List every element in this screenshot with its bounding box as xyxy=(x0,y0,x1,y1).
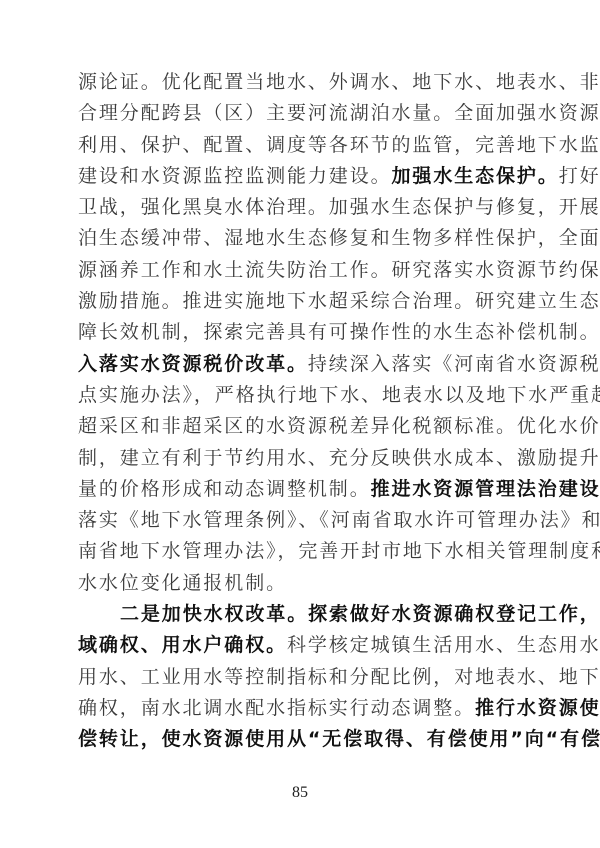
text-line: 落实《地下水管理条例》、《河南省取水许可管理办法》和《河 xyxy=(78,505,524,536)
document-body: 源论证。优化配置当地水、外调水、地下水、地表水、非常规水，合理分配跨县（区）主要… xyxy=(78,67,524,756)
page-number: 85 xyxy=(0,784,600,802)
body-text: 合理分配跨县（区）主要河流湖泊水量。全面加强水资源开发、 xyxy=(78,102,600,124)
text-line: 入落实水资源税价改革。持续深入落实《河南省水资源税改革试 xyxy=(78,349,524,380)
text-line: 源涵养工作和水土流失防治工作。研究落实水资源节约保护奖补 xyxy=(78,255,524,286)
text-line: 泊生态缓冲带、湿地水生态修复和生物多样性保护，全面加强水 xyxy=(78,223,524,254)
body-text: 泊生态缓冲带、湿地水生态修复和生物多样性保护，全面加强水 xyxy=(78,227,600,249)
body-text: 制，建立有利于节约用水、充分反映供水成本、激励提升供水质 xyxy=(78,447,600,469)
bold-heading-text: 加强水生态保护。 xyxy=(392,165,559,187)
text-line: 南省地下水管理办法》，完善开封市地下水相关管理制度和地下 xyxy=(78,536,524,567)
body-text: 源涵养工作和水土流失防治工作。研究落实水资源节约保护奖补 xyxy=(78,259,600,281)
bold-heading-text: 域确权、用水户确权。 xyxy=(78,634,287,656)
body-text: 持续深入落实《河南省水资源税改革试 xyxy=(308,353,600,375)
bold-heading-text: 推进水资源管理法治建设。 xyxy=(371,478,600,500)
text-line: 点实施办法》，严格执行地下水、地表水以及地下水严重超采区、 xyxy=(78,380,524,411)
body-text: 水水位变化通报机制。 xyxy=(78,572,287,594)
body-text: 激励措施。推进实施地下水超采综合治理。研究建立生态流量保 xyxy=(78,290,600,312)
text-line: 水水位变化通报机制。 xyxy=(78,568,524,599)
body-text: 打好碧水保 xyxy=(559,165,600,187)
text-line: 量的价格形成和动态调整机制。推进水资源管理法治建设。深入 xyxy=(78,474,524,505)
text-line: 二是加快水权改革。探索做好水资源确权登记工作，推进区 xyxy=(78,599,524,630)
body-text: 用水、工业用水等控制指标和分配比例，对地表水、地下水进行 xyxy=(78,666,600,688)
body-text: 科学核定城镇生活用水、生态用水、农业 xyxy=(287,634,600,656)
body-text: 卫战，强化黑臭水体治理。加强水生态保护与修复，开展河流湖 xyxy=(78,196,600,218)
text-line: 障长效机制，探索完善具有可操作性的水生态补偿机制。持续深 xyxy=(78,317,524,348)
text-line: 偿转让，使水资源使用从“无偿取得、有偿使用”向“有偿取得、 xyxy=(78,724,524,755)
body-text: 超采区和非超采区的水资源税差异化税额标准。优化水价形成机 xyxy=(78,415,600,437)
body-text: 南省地下水管理办法》，完善开封市地下水相关管理制度和地下 xyxy=(78,540,600,562)
body-text: 量的价格形成和动态调整机制。 xyxy=(78,478,371,500)
text-line: 建设和水资源监控监测能力建设。加强水生态保护。打好碧水保 xyxy=(78,161,524,192)
text-line: 超采区和非超采区的水资源税差异化税额标准。优化水价形成机 xyxy=(78,411,524,442)
text-line: 利用、保护、配置、调度等各环节的监管，完善地下水监测站网 xyxy=(78,130,524,161)
text-line: 用水、工业用水等控制指标和分配比例，对地表水、地下水进行 xyxy=(78,662,524,693)
text-line: 源论证。优化配置当地水、外调水、地下水、地表水、非常规水， xyxy=(78,67,524,98)
bold-heading-text: 偿转让，使水资源使用从“无偿取得、有偿使用”向“有偿取得、 xyxy=(78,728,600,750)
body-text: 源论证。优化配置当地水、外调水、地下水、地表水、非常规水， xyxy=(78,71,600,93)
body-text: 建设和水资源监控监测能力建设。 xyxy=(78,165,392,187)
text-line: 激励措施。推进实施地下水超采综合治理。研究建立生态流量保 xyxy=(78,286,524,317)
body-text: 点实施办法》，严格执行地下水、地表水以及地下水严重超采区、 xyxy=(78,384,600,406)
text-line: 确权，南水北调水配水指标实行动态调整。推行水资源使用权有 xyxy=(78,693,524,724)
text-line: 合理分配跨县（区）主要河流湖泊水量。全面加强水资源开发、 xyxy=(78,98,524,129)
body-text: 障长效机制，探索完善具有可操作性的水生态补偿机制。 xyxy=(78,321,600,343)
bold-heading-text: 推行水资源使用权有 xyxy=(475,697,600,719)
text-line: 制，建立有利于节约用水、充分反映供水成本、激励提升供水质 xyxy=(78,443,524,474)
body-text: 确权，南水北调水配水指标实行动态调整。 xyxy=(78,697,475,719)
bold-heading-text: 二是加快水权改革。探索做好水资源确权登记工作，推进区 xyxy=(120,603,600,625)
body-text: 利用、保护、配置、调度等各环节的监管，完善地下水监测站网 xyxy=(78,134,600,156)
text-line: 域确权、用水户确权。科学核定城镇生活用水、生态用水、农业 xyxy=(78,630,524,661)
bold-heading-text: 入落实水资源税价改革。 xyxy=(78,353,308,375)
body-text: 落实《地下水管理条例》、《河南省取水许可管理办法》和《河 xyxy=(78,509,600,531)
text-line: 卫战，强化黑臭水体治理。加强水生态保护与修复，开展河流湖 xyxy=(78,192,524,223)
